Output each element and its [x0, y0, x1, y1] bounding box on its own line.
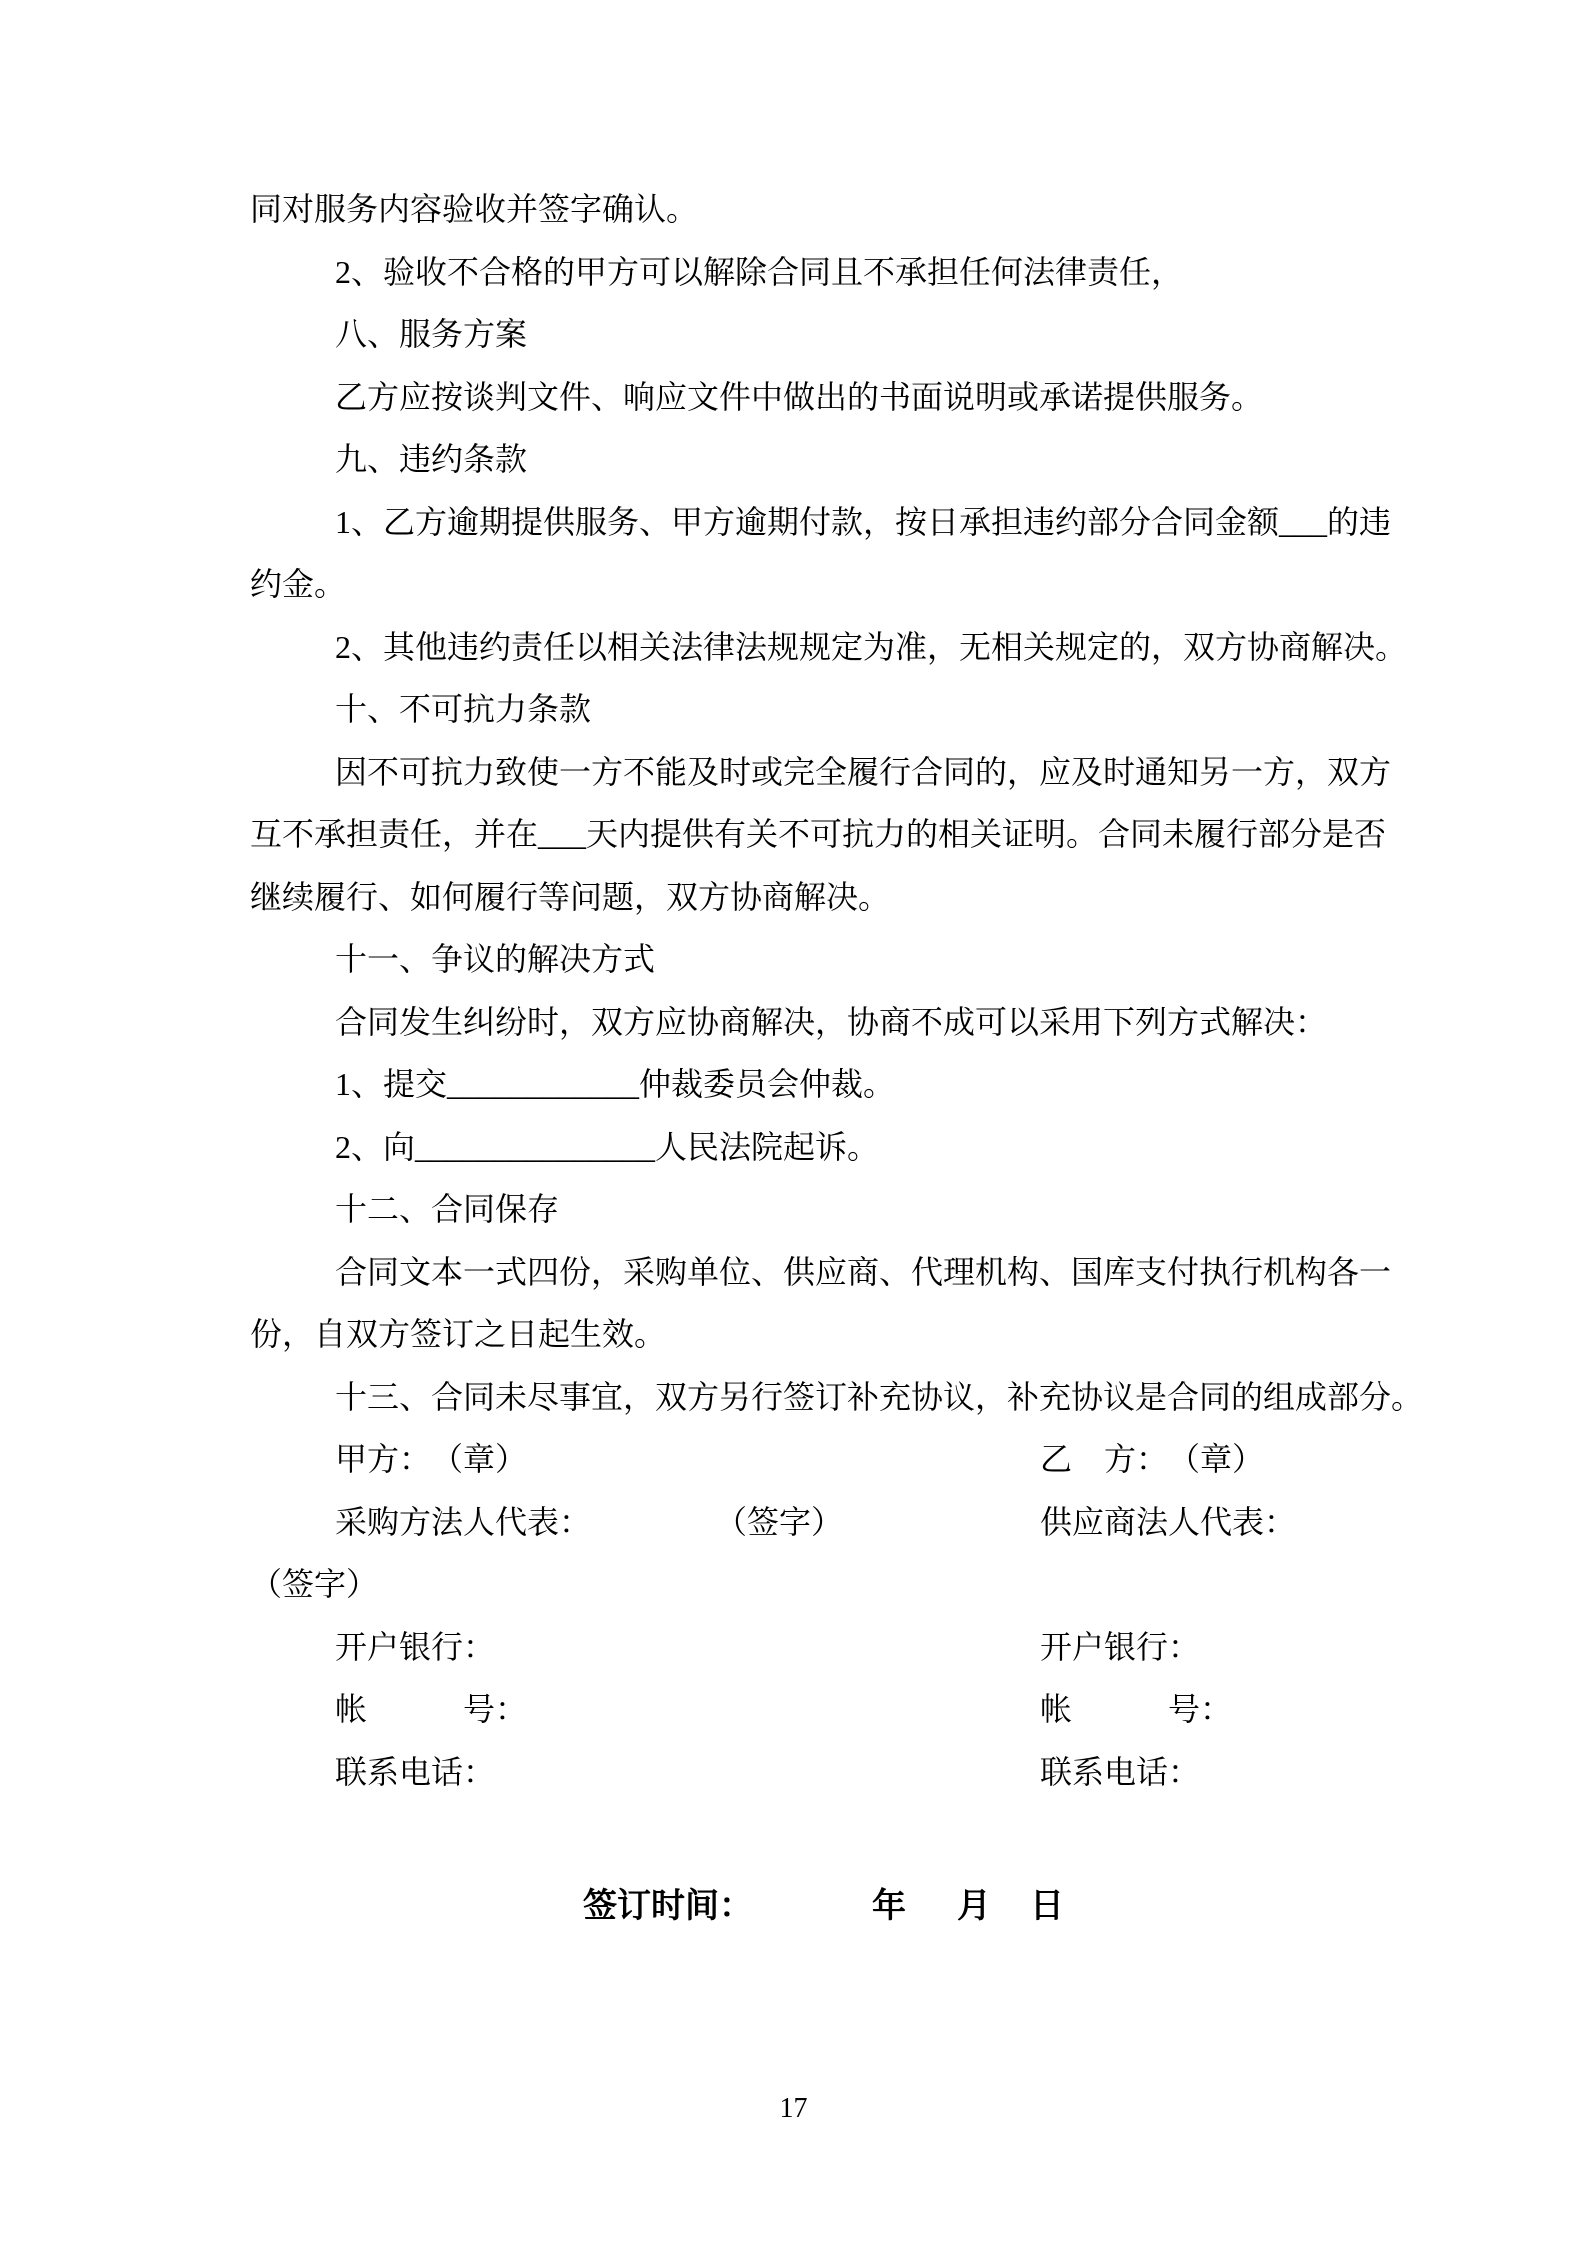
account-label-party-b: 帐 号：: [1040, 1678, 1232, 1741]
sign-time-row: 签订时间： 年 月 日: [250, 1875, 1430, 1938]
account-label-party-a: 帐 号：: [335, 1678, 527, 1741]
contract-section-heading: 八、服务方案: [250, 303, 1430, 366]
contract-text-block: 同对服务内容验收并签字确认。 2、验收不合格的甲方可以解除合同且不承担任何法律责…: [250, 178, 1430, 1938]
sign-here-row: （签字）: [250, 1553, 1430, 1616]
contract-line: 乙方应按谈判文件、响应文件中做出的书面说明或承诺提供服务。: [250, 366, 1430, 429]
phone-label-party-a: 联系电话：: [335, 1741, 495, 1804]
contract-line: 因不可抗力致使一方不能及时或完全履行合同的，应及时通知另一方，双方: [250, 741, 1430, 804]
bank-row: 开户银行： 开户银行：: [250, 1616, 1430, 1679]
sign-time-day-label: 日: [1030, 1875, 1064, 1938]
contract-section-heading: 九、违约条款: [250, 428, 1430, 491]
seal-row: 甲方： （章） 乙 方： （章）: [250, 1428, 1430, 1491]
contract-line: 继续履行、如何履行等问题，双方协商解决。: [250, 866, 1430, 929]
supplier-rep-label: 供应商法人代表：: [1040, 1491, 1296, 1554]
phone-row: 联系电话： 联系电话：: [250, 1741, 1430, 1804]
contract-section-heading: 十二、合同保存: [250, 1178, 1430, 1241]
contract-line: 十三、合同未尽事宜，双方另行签订补充协议，补充协议是合同的组成部分。: [250, 1366, 1430, 1429]
bank-label-party-a: 开户银行：: [335, 1616, 495, 1679]
document-page: 同对服务内容验收并签字确认。 2、验收不合格的甲方可以解除合同且不承担任何法律责…: [0, 0, 1587, 2245]
sign-time-year-label: 年: [872, 1875, 906, 1938]
contract-line: 合同发生纠纷时，双方应协商解决，协商不成可以采用下列方式解决：: [250, 991, 1430, 1054]
contract-line: 约金。: [250, 553, 1430, 616]
party-a-seal-label: 甲方： （章）: [335, 1428, 527, 1491]
sign-here-label: （签字）: [715, 1491, 843, 1554]
account-row: 帐 号： 帐 号：: [250, 1678, 1430, 1741]
bank-label-party-b: 开户银行：: [1040, 1616, 1200, 1679]
sign-here-label: （签字）: [250, 1553, 378, 1616]
party-b-seal-label: 乙 方： （章）: [1040, 1428, 1264, 1491]
contract-line: 2、验收不合格的甲方可以解除合同且不承担任何法律责任，: [250, 241, 1430, 304]
contract-line: 互不承担责任，并在___天内提供有关不可抗力的相关证明。合同未履行部分是否: [250, 803, 1430, 866]
phone-label-party-b: 联系电话：: [1040, 1741, 1200, 1804]
purchaser-rep-label: 采购方法人代表：: [335, 1491, 591, 1554]
contract-line: 份，自双方签订之日起生效。: [250, 1303, 1430, 1366]
contract-section-heading: 十一、争议的解决方式: [250, 928, 1430, 991]
contract-section-heading: 十、不可抗力条款: [250, 678, 1430, 741]
contract-line: 1、乙方逾期提供服务、甲方逾期付款，按日承担违约部分合同金额___的违: [250, 491, 1430, 554]
sign-time-label: 签订时间：: [583, 1875, 753, 1938]
contract-line: 1、提交____________仲裁委员会仲裁。: [250, 1053, 1430, 1116]
contract-line: 合同文本一式四份，采购单位、供应商、代理机构、国库支付执行机构各一: [250, 1241, 1430, 1304]
representative-row: 采购方法人代表： （签字） 供应商法人代表：: [250, 1491, 1430, 1554]
page-number: 17: [0, 2093, 1587, 2125]
contract-line: 2、其他违约责任以相关法律法规规定为准，无相关规定的，双方协商解决。: [250, 616, 1430, 679]
contract-line: 2、向_______________人民法院起诉。: [250, 1116, 1430, 1179]
sign-time-month-label: 月: [957, 1875, 991, 1938]
contract-line: 同对服务内容验收并签字确认。: [250, 178, 1430, 241]
